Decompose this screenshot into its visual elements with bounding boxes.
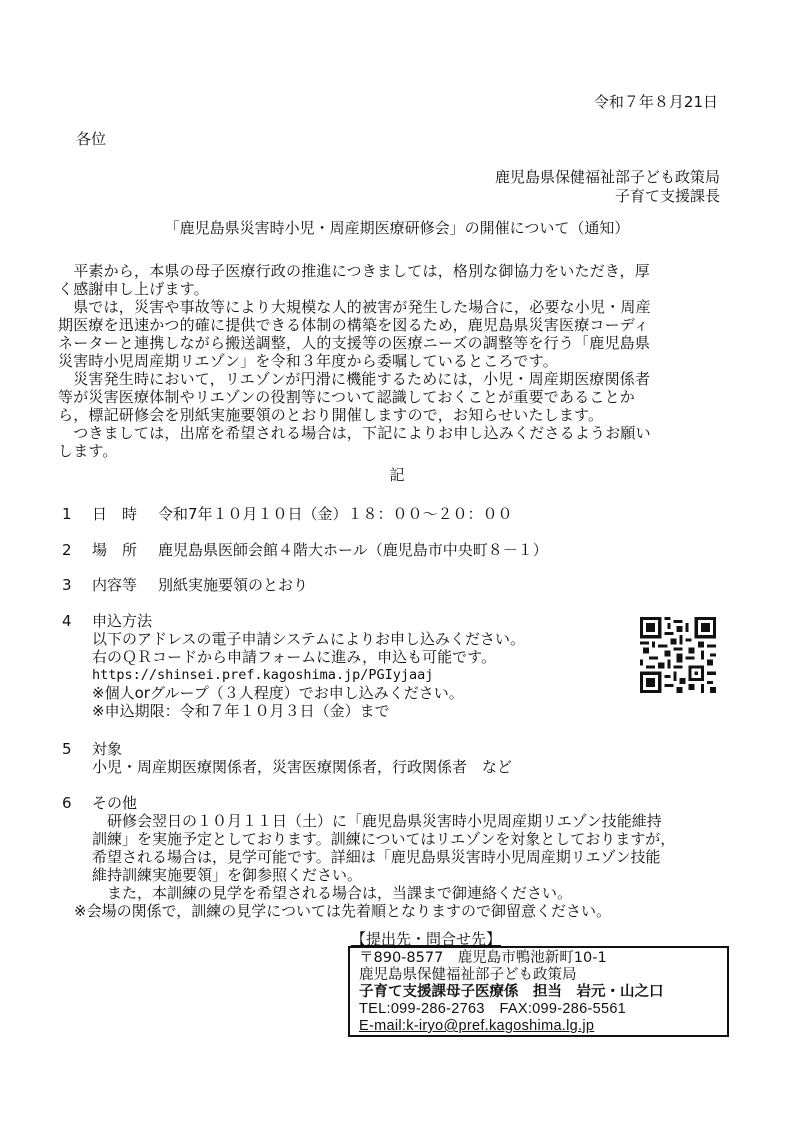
item-number: 4 (62, 612, 92, 630)
item-line: 訓練」を実施予定としております。訓練についてはリエゾンを対象としておりますが， (62, 830, 675, 848)
item-line: 維持訓練実施要領」を御参照ください。 (62, 866, 675, 884)
body-line: 災害発生時において，リエゾンが円滑に機能するためには，小児・周産期医療関係者 (58, 370, 742, 388)
item-other: 6その他 研修会翌日の１０月１１日（土）に「鹿児島県災害時小児周産期リエゾン技能… (62, 794, 675, 920)
item-label: 対象 (92, 740, 122, 758)
item-note: ※個人orグループ（３人程度）でお申し込みください。 (62, 684, 525, 702)
body-line: 平素から，本県の母子医療行政の推進につきましては，格別な御協力をいただき，厚 (58, 262, 742, 280)
contact-department: 鹿児島県保健福祉部子ども政策局 (359, 967, 727, 984)
item-line: 研修会翌日の１０月１１日（土）に「鹿児島県災害時小児周産期リエゾン技能維持 (62, 812, 675, 830)
body-line: 期医療を迅速かつ的確に提供できる体制の構築を図るため，鹿児島県災害医療コーディ (58, 316, 742, 334)
item-label: 日 時 (92, 505, 158, 523)
body-line: 県では，災害や事故等により大規模な人的被害が発生した場合に，必要な小児・周産 (58, 298, 742, 316)
item-application-method: 4申込方法 以下のアドレスの電子申請システムによりお申し込みください。 右のＱＲ… (62, 612, 525, 720)
ki-heading: 記 (0, 466, 794, 484)
sender-block: 鹿児島県保健福祉部子ども政策局 子育て支援課長 (495, 168, 720, 206)
body-line: ネーターと連携しながら搬送調整，人的支援等の医療ニーズの調整等を行う「鹿児島県 (58, 334, 742, 352)
item-label: 申込方法 (92, 612, 152, 630)
item-note: ※申込期限：令和７年１０月３日（金）まで (62, 702, 525, 720)
item-number: 1 (62, 505, 92, 523)
item-value: 令和7年１０月１０日（金）１８：００～２０：００ (158, 505, 513, 523)
contact-section: 子育て支援課母子医療係 担当 岩元・山之口 (359, 984, 727, 1001)
item-line: 以下のアドレスの電子申請システムによりお申し込みください。 (62, 630, 525, 648)
item-line: 希望される場合は，見学可能です。詳細は「鹿児島県災害時小児周産期リエゾン技能 (62, 848, 675, 866)
item-line: 右のＱＲコードから申請フォームに進み，申込も可能です。 (62, 648, 525, 666)
qr-code-icon[interactable] (640, 617, 716, 693)
contact-phone-fax: TEL:099-286-2763 FAX:099-286-5561 (359, 1001, 727, 1018)
sender-line: 子育て支援課長 (495, 187, 720, 206)
sender-line: 鹿児島県保健福祉部子ども政策局 (495, 168, 720, 187)
body-paragraphs: 平素から，本県の母子医療行政の推進につきましては，格別な御協力をいただき，厚 く… (58, 262, 742, 460)
item-value: 小児・周産期医療関係者，災害医療関係者，行政関係者 など (62, 758, 512, 776)
contact-email-link[interactable]: E-mail:k-iryo@pref.kagoshima.lg.jp (359, 1018, 727, 1035)
item-value: 鹿児島県医師会館４階大ホール（鹿児島市中央町８－１） (158, 541, 548, 559)
item-number: 6 (62, 794, 92, 812)
item-content: 3内容等別紙実施要領のとおり (62, 576, 308, 594)
document-date: 令和７年８月21日 (594, 93, 718, 111)
body-line: します。 (58, 442, 742, 460)
body-line: く感謝申し上げます。 (58, 280, 742, 298)
body-line: 災害時小児周産期リエゾン」を令和３年度から委嘱しているところです。 (58, 352, 742, 370)
item-label: 内容等 (92, 576, 158, 594)
item-target: 5対象 小児・周産期医療関係者，災害医療関係者，行政関係者 など (62, 740, 512, 776)
item-label: 場 所 (92, 541, 158, 559)
application-url-link[interactable]: https://shinsei.pref.kagoshima.jp/PGIyja… (62, 666, 525, 684)
item-datetime: 1日 時令和7年１０月１０日（金）１８：００～２０：００ (62, 505, 513, 523)
body-line: 等が災害医療体制やリエゾンの役割等について認識しておくことが重要であることか (58, 388, 742, 406)
item-line: また，本訓練の見学を希望される場合は，当課まで御連絡ください。 (62, 884, 675, 902)
addressee: 各位 (76, 130, 106, 148)
item-venue: 2場 所鹿児島県医師会館４階大ホール（鹿児島市中央町８－１） (62, 541, 548, 559)
contact-address: 〒890-8577 鹿児島市鴨池新町10-1 (359, 950, 727, 967)
item-value: 別紙実施要領のとおり (158, 576, 308, 594)
item-label: その他 (92, 794, 137, 812)
body-line: つきましては，出席を希望される場合は，下記によりお申し込みくださるようお願い (58, 424, 742, 442)
item-number: 5 (62, 740, 92, 758)
document-title: 「鹿児島県災害時小児・周産期医療研修会」の開催について（通知） (0, 219, 794, 237)
contact-box: 〒890-8577 鹿児島市鴨池新町10-1 鹿児島県保健福祉部子ども政策局 子… (348, 946, 729, 1037)
item-number: 2 (62, 541, 92, 559)
item-number: 3 (62, 576, 92, 594)
body-line: ら，標記研修会を別紙実施要領のとおり開催しますので，お知らせいたします。 (58, 406, 742, 424)
item-final-note: ※会場の関係で，訓練の見学については先着順となりますので御留意ください。 (62, 902, 675, 920)
